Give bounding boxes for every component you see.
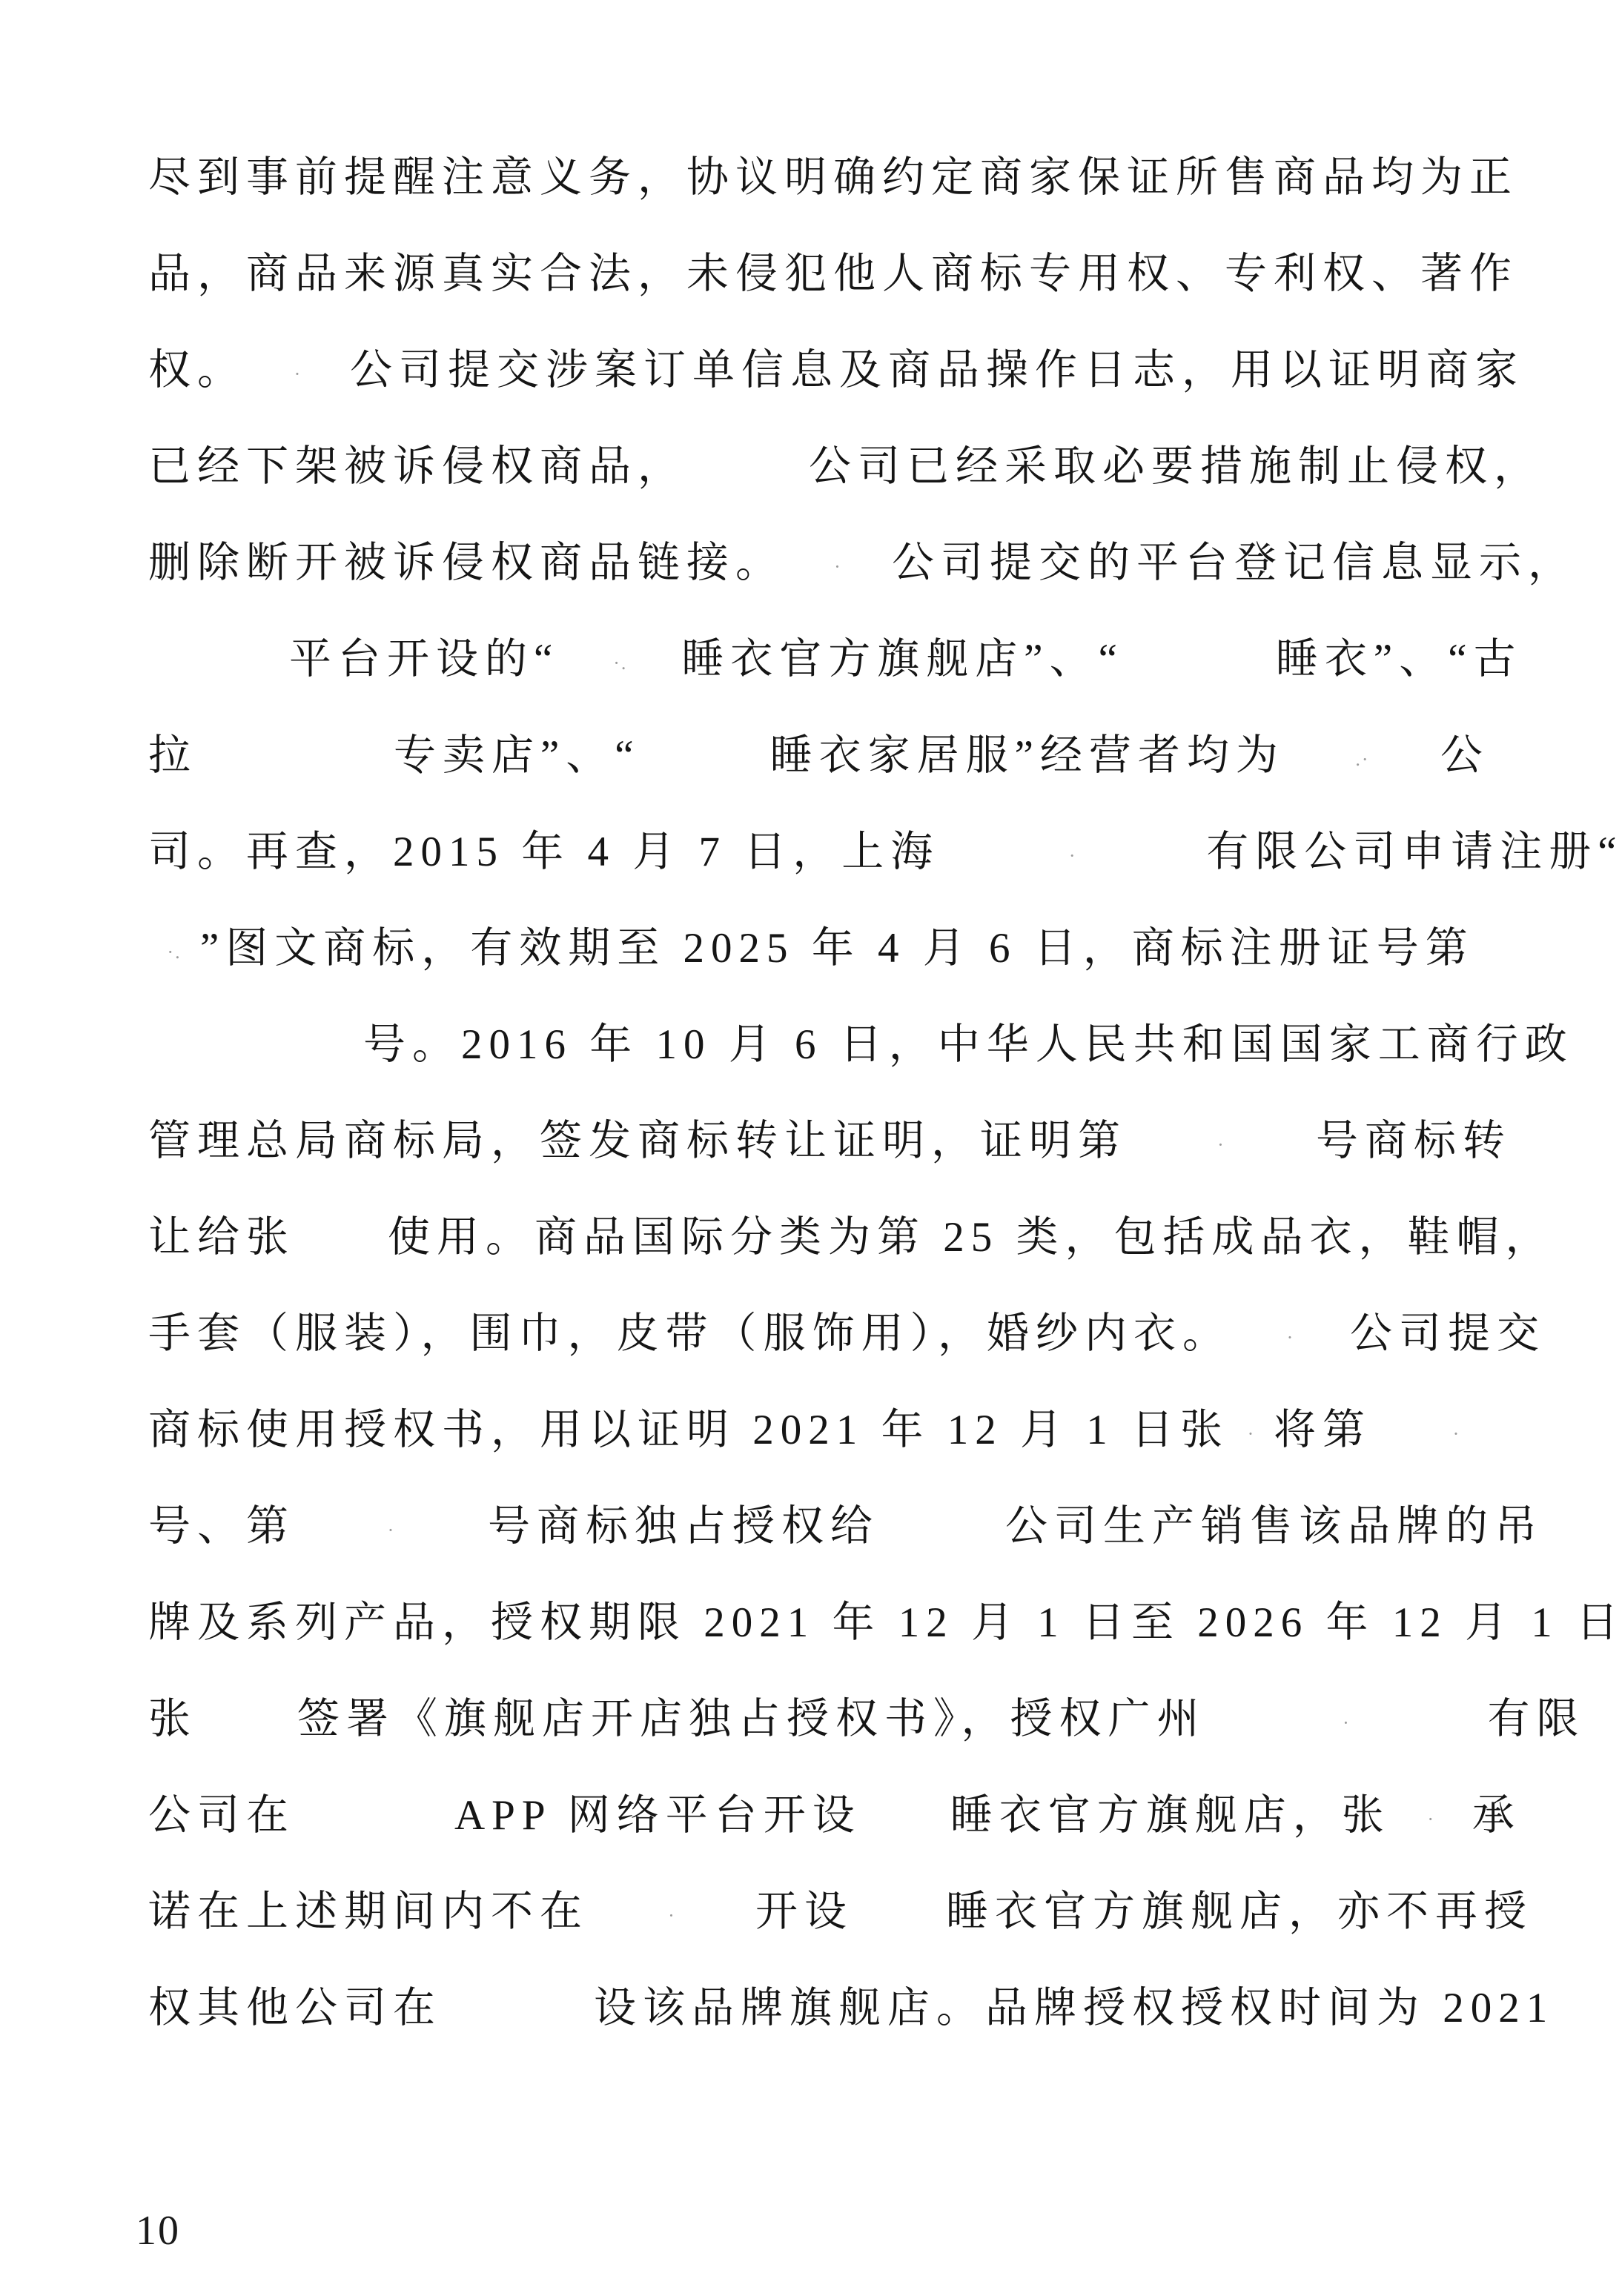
text-segment: 签署《旗舰店开店独占授权书》，授权广州 [297,1696,1206,1742]
text-segment: 公司在 [148,1792,295,1839]
redacted-gap: · [1371,1382,1542,1482]
text-segment: 让给张 [148,1214,295,1261]
text-segment: 公司提交的平台登记信息显示， [892,540,1577,586]
redacted-gap: · [784,515,892,615]
text-segment: 有限公司申请注册“ [1206,829,1622,875]
redaction-artifact-mark: .· [1355,749,1369,770]
text-segment: 睡衣官方旗舰店，亦不再授 [946,1888,1533,1935]
redaction-artifact-mark: · [1248,1423,1256,1444]
text-line: 尽到事前提醒注意义务，协议明确约定商家保证所售商品均为正 [148,130,1527,226]
text-segment: 设该品牌旗舰店。品牌授权授权时间为 2021 [594,1985,1554,2031]
redaction-artifact-mark: · [668,1905,676,1926]
text-segment: 睡衣”、“古 [1276,636,1523,683]
text-segment: ”图文商标，有效期至 2025 年 4 月 6 日，商标注册证号第 [200,925,1474,972]
text-segment: 号商标独占授权给 [488,1503,879,1550]
redacted-gap: · [1127,1093,1316,1193]
text-segment: 使用。商品国际分类为第 25 类，包括成品衣，鞋帽， [388,1214,1555,1261]
text-segment: 有限 [1488,1696,1586,1742]
text-line: 权。·公司提交涉案订单信息及商品操作日志，用以证明商家 [148,322,1527,419]
text-line: 公司在APP 网络平台开设睡衣官方旗舰店，张·承 [148,1768,1527,1864]
text-segment: 开设 [755,1888,853,1935]
text-segment: 公司提交 [1350,1310,1546,1357]
redacted-gap: · [1229,1382,1274,1482]
text-line: 管理总局商标局，签发商标转让证明，证明第·号商标转 [148,1093,1527,1190]
redacted-gap: · [939,804,1206,904]
text-line: 司。再查，2015 年 4 月 7 日，上海·有限公司申请注册“· [148,804,1527,900]
redacted-gap: · [295,1479,488,1579]
text-line: 已经下架被诉侵权商品，公司已经采取必要措施制止侵权， [148,419,1527,515]
text-segment: 平台开设的“ [289,636,559,683]
redaction-artifact-mark: · [1343,1712,1351,1733]
text-segment: 拉 [148,732,197,779]
text-segment: 管理总局商标局，签发商标转让证明，证明第 [148,1118,1127,1164]
redaction-artifact-mark: · [1453,1423,1461,1444]
text-segment: 公 [1440,732,1489,779]
text-segment: 睡衣家居服”经营者均为 [770,732,1285,779]
text-segment: 睡衣官方旗舰店”、“ [681,636,1124,683]
text-segment: 手套（服装），围巾，皮带（服饰用），婚纱内衣。 [148,1310,1231,1357]
text-line: 号。2016 年 10 月 6 日，中华人民共和国国家工商行政 [148,997,1527,1093]
text-line: ·.”图文商标，有效期至 2025 年 4 月 6 日，商标注册证号第 [148,900,1527,997]
text-line: 平台开设的“·.睡衣官方旗舰店”、“睡衣”、“古 [148,611,1527,708]
redaction-artifact-mark: · [1069,845,1077,866]
text-segment: 牌及系列产品，授权期限 2021 年 12 月 1 日至 2026 年 12 月… [148,1599,1622,1646]
text-segment: 权其他公司在 [148,1985,442,2031]
text-line: 品，商品来源真实合法，未侵犯他人商标专用权、专利权、著作 [148,226,1527,322]
text-segment: 诺在上述期间内不在 [148,1888,589,1935]
text-line: 拉专卖店”、“睡衣家居服”经营者均为.·公 [148,708,1527,804]
text-segment: 公司生产销售该品牌的吊 [1005,1503,1543,1550]
text-segment: 号、第 [148,1503,295,1550]
text-segment: 将第 [1274,1407,1371,1453]
text-segment: 尽到事前提醒注意义务，协议明确约定商家保证所售商品均为正 [148,154,1518,201]
document-text: 尽到事前提醒注意义务，协议明确约定商家保证所售商品均为正品，商品来源真实合法，未… [148,130,1527,2057]
text-segment: 号商标转 [1316,1118,1512,1164]
redacted-gap: · [1206,1671,1488,1771]
text-line: 诺在上述期间内不在·开设睡衣官方旗舰店，亦不再授 [148,1864,1527,1960]
document-page: 尽到事前提醒注意义务，协议明确约定商家保证所售商品均为正品，商品来源真实合法，未… [0,0,1622,2296]
text-segment: 已经下架被诉侵权商品， [148,443,686,490]
redacted-gap: · [246,322,350,422]
text-line: 手套（服装），围巾，皮带（服饰用），婚纱内衣。·公司提交 [148,1286,1527,1382]
redacted-gap: · [589,1864,755,1964]
redaction-artifact-mark: · [1217,1134,1225,1155]
text-segment: 品，商品来源真实合法，未侵犯他人商标专用权、专利权、著作 [148,250,1518,297]
redacted-gap: ·. [148,900,200,1001]
text-line: 号、第·号商标独占授权给公司生产销售该品牌的吊 [148,1479,1527,1575]
text-line: 让给张使用。商品国际分类为第 25 类，包括成品衣，鞋帽， [148,1190,1527,1286]
redacted-gap: · [1231,1286,1350,1386]
text-segment: 商标使用授权书，用以证明 2021 年 12 月 1 日张 [148,1407,1229,1453]
text-line: 商标使用授权书，用以证明 2021 年 12 月 1 日张·将第· [148,1382,1527,1479]
text-line: 牌及系列产品，授权期限 2021 年 12 月 1 日至 2026 年 12 月… [148,1575,1527,1671]
text-segment: 睡衣官方旗舰店，张 [950,1792,1391,1839]
redaction-artifact-mark: ·. [167,941,181,963]
page-number: 10 [136,2190,180,2272]
text-segment: 公司提交涉案订单信息及商品操作日志，用以证明商家 [350,347,1524,394]
text-line: 权其他公司在设该品牌旗舰店。品牌授权授权时间为 2021 [148,1960,1527,2057]
redaction-artifact-mark: · [1287,1327,1295,1348]
redaction-artifact-mark: · [1427,1808,1435,1830]
redacted-gap: · [1391,1768,1472,1868]
redaction-artifact-mark: ·. [613,652,627,674]
redacted-gap: .· [1285,708,1440,808]
text-segment: 删除断开被诉侵权商品链接。 [148,540,784,586]
text-line: 张签署《旗舰店开店独占授权书》，授权广州·有限 [148,1671,1527,1768]
redacted-gap: ·. [559,611,681,711]
text-segment: 号。2016 年 10 月 6 日，中华人民共和国国家工商行政 [363,1021,1574,1068]
text-segment: 权。 [148,347,246,394]
text-segment: APP 网络平台开设 [454,1792,861,1839]
text-segment: 专卖店”、“ [394,732,640,779]
redaction-artifact-mark: · [294,363,302,385]
text-segment: 司。再查，2015 年 4 月 7 日，上海 [148,829,939,875]
text-segment: 承 [1472,1792,1521,1839]
text-segment: 公司已经采取必要措施制止侵权， [809,443,1543,490]
text-segment: 张 [148,1696,197,1742]
redaction-artifact-mark: · [834,556,842,577]
text-line: 删除断开被诉侵权商品链接。·公司提交的平台登记信息显示， [148,515,1527,611]
redaction-artifact-mark: · [388,1519,396,1541]
